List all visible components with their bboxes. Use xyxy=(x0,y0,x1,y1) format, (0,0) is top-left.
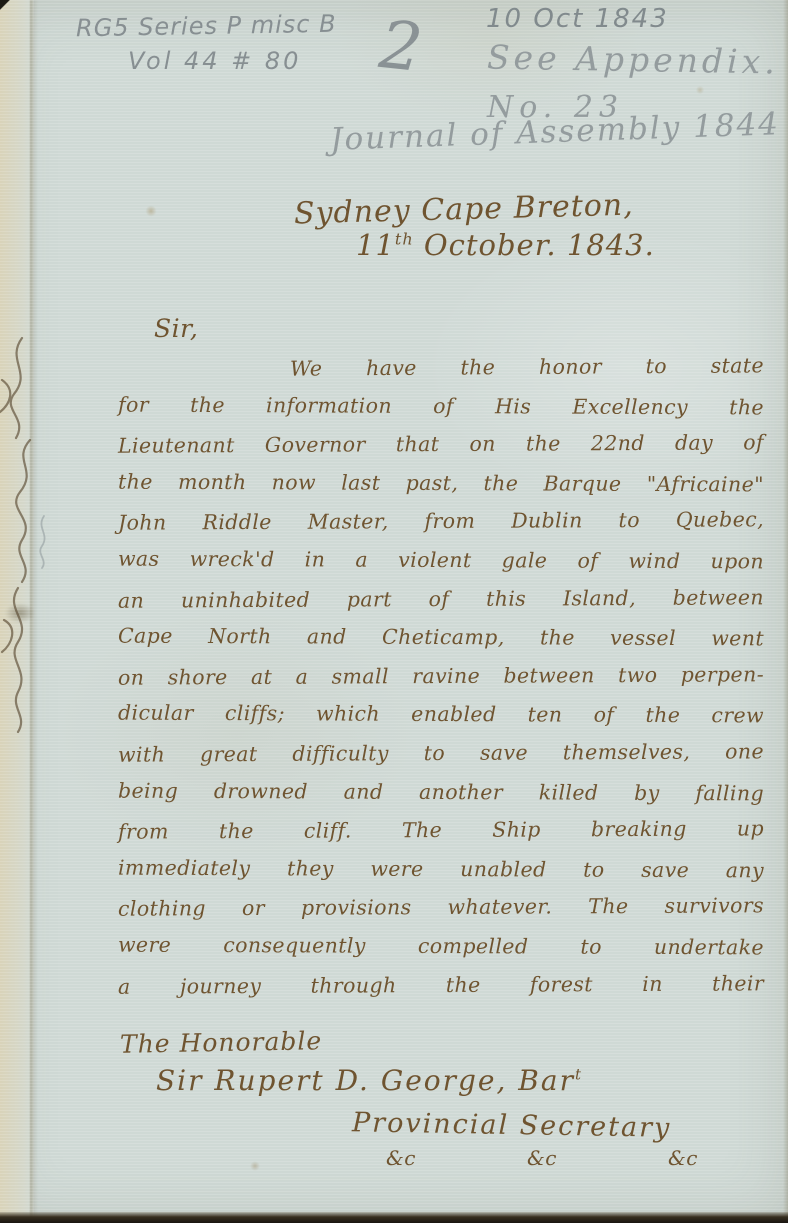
body-line: an uninhabited part of this Island, betw… xyxy=(118,578,764,620)
et-cetera-mark: &c xyxy=(668,1146,698,1170)
pencil-appendix-note: See Appendix. xyxy=(487,37,779,81)
body-line: clothing or provisions whatever. The sur… xyxy=(118,887,764,929)
heading-date-line: 11th October. 1843. xyxy=(356,228,655,262)
scan-edge-bottom xyxy=(0,1212,788,1223)
body-line: was wreck'd in a violent gale of wind up… xyxy=(118,540,764,581)
et-cetera-row: &c &c &c xyxy=(386,1146,698,1170)
body-line: immediately they were unabled to save an… xyxy=(118,848,764,889)
salutation: Sir, xyxy=(154,314,198,343)
addressee-name-superscript: t xyxy=(575,1066,583,1084)
closing-addressee-name: Sir Rupert D. George, Bart xyxy=(156,1064,583,1097)
body-line: from the cliff. The Ship breaking up xyxy=(118,809,764,851)
scan-corner-mark xyxy=(0,0,12,14)
pencil-page-number: 2 xyxy=(376,6,426,87)
body-line: were consequently compelled to undertake xyxy=(118,925,764,966)
body-line: for the information of His Excellency th… xyxy=(118,385,764,426)
letter-page: RG5 Series P misc B Vol 44 # 80 2 10 Oct… xyxy=(0,0,788,1223)
right-page-edge xyxy=(783,0,788,1223)
date-day: 11 xyxy=(356,228,395,262)
body-line: John Riddle Master, from Dublin to Quebe… xyxy=(118,501,764,543)
body-line: on shore at a small ravine between two p… xyxy=(118,655,764,697)
pencil-volume-item: Vol 44 # 80 xyxy=(128,47,301,75)
closing-honorable: The Honorable xyxy=(120,1026,323,1059)
letter-body: We have the honor to state for the infor… xyxy=(118,348,764,1004)
addressee-name-text: Sir Rupert D. George, Bar xyxy=(156,1064,575,1097)
date-ordinal: th xyxy=(395,229,414,248)
pencil-record-group: RG5 Series P misc B xyxy=(76,10,337,43)
body-line: dicular cliffs; which enabled ten of the… xyxy=(118,694,764,735)
body-line: Lieutenant Governor that on the 22nd day… xyxy=(118,423,764,465)
date-remainder: October. 1843. xyxy=(414,228,655,262)
et-cetera-mark: &c xyxy=(386,1146,416,1170)
closing-title: Provincial Secretary xyxy=(352,1107,672,1144)
et-cetera-mark: &c xyxy=(527,1146,557,1170)
pencil-journal-reference: Journal of Assembly 1844 xyxy=(330,106,781,158)
body-line: Cape North and Cheticamp, the vessel wen… xyxy=(118,617,764,658)
body-line: with great difficulty to save themselves… xyxy=(118,732,764,774)
body-line: a journey through the forest in their xyxy=(118,964,764,1006)
pencil-received-date: 10 Oct 1843 xyxy=(486,4,669,34)
body-line: being drowned and another killed by fall… xyxy=(118,771,764,812)
heading-place-line: Sydney Cape Breton, xyxy=(294,188,635,232)
marginal-docket-writing xyxy=(0,320,70,750)
body-line: the month now last past, the Barque "Afr… xyxy=(118,462,764,503)
body-line: We have the honor to state xyxy=(290,346,764,388)
